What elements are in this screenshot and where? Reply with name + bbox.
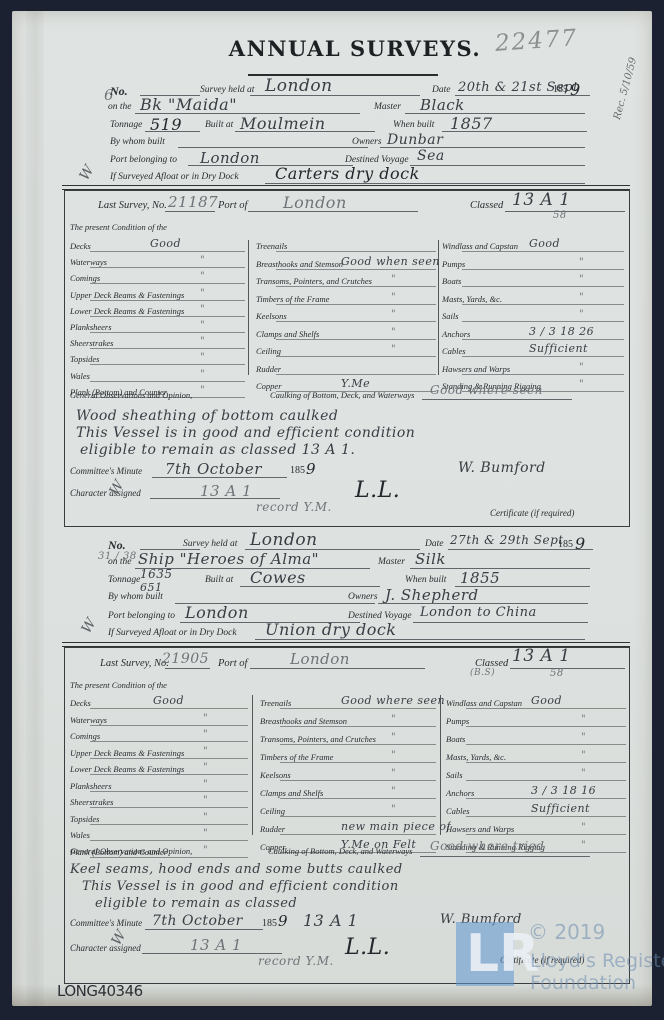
condition-label: Topsides <box>70 354 99 364</box>
condition-value: " <box>391 786 396 797</box>
document-title: ANNUAL SURVEYS. <box>195 36 515 61</box>
condition-label: Breasthooks and Stemson <box>256 259 343 269</box>
built-at-value: Moulmein <box>240 114 326 133</box>
port-belonging-value: London <box>200 149 260 167</box>
rule <box>276 269 436 270</box>
master-value: Black <box>420 96 465 114</box>
afloat-dry-dock-value: Union dry dock <box>265 620 396 639</box>
condition-label: Breasthooks and Stemson <box>260 716 347 726</box>
observation-line-3: eligible to remain as classed <box>95 896 297 911</box>
year-value: 9 <box>575 534 586 553</box>
observation-line-1: Keel seams, hood ends and some butts cau… <box>70 862 403 877</box>
label-last-survey: Last Survey, No. <box>100 658 169 669</box>
label-port-belonging-to: Port belonging to <box>110 155 177 165</box>
label-general-observations: General Observations and Opinion, <box>70 846 192 856</box>
rule <box>90 791 248 792</box>
rule <box>90 332 245 333</box>
rule <box>90 267 245 268</box>
label-no: No. <box>110 84 128 99</box>
condition-label: Decks <box>70 241 91 251</box>
condition-label: Waterways <box>70 715 107 725</box>
rule <box>462 374 624 375</box>
character-assigned-value: 13 A 1 <box>200 482 252 500</box>
rule <box>145 929 263 930</box>
label-date: Date <box>425 539 443 549</box>
rule <box>280 798 436 799</box>
rule <box>90 283 245 284</box>
rule <box>420 856 590 857</box>
condition-value: " <box>391 309 396 320</box>
minute-class-value: 13 A 1 <box>303 911 358 930</box>
rule <box>280 816 436 817</box>
condition-value: Good <box>531 694 562 707</box>
rule <box>466 762 626 763</box>
rule <box>276 374 436 375</box>
condition-value: Good <box>529 237 560 250</box>
rule <box>165 668 210 669</box>
condition-value: " <box>200 369 205 380</box>
condition-value: " <box>200 255 205 266</box>
condition-label: Lower Deck Beams & Fastenings <box>70 764 184 774</box>
rule <box>90 807 248 808</box>
observation-line-3: eligible to remain as classed 13 A 1. <box>80 442 355 458</box>
condition-label: Rudder <box>256 364 281 374</box>
rule <box>90 725 248 726</box>
condition-value: Sufficient <box>531 802 590 815</box>
rule <box>466 780 626 781</box>
rule <box>280 780 436 781</box>
label-master: Master <box>374 102 401 112</box>
label-survey-held-at: Survey held at <box>183 539 237 549</box>
condition-value: " <box>203 762 208 773</box>
condition-value: " <box>581 750 586 761</box>
rule <box>276 251 436 252</box>
lloyds-register-logo: LR <box>456 922 514 986</box>
label-when-built: When built <box>393 120 434 130</box>
rule <box>276 286 436 287</box>
classed-sub-value: 58 <box>553 210 567 221</box>
rule <box>178 147 368 148</box>
label-caulking: Caulking of Bottom, Deck, and Waterways <box>268 846 412 856</box>
condition-value: " <box>579 292 584 303</box>
label-committees-minute: Committee's Minute <box>70 466 142 476</box>
label-on-the: on the <box>108 557 131 567</box>
rule <box>466 798 626 799</box>
rule <box>90 348 245 349</box>
rule <box>280 708 436 709</box>
watermark-org-line1: Lloyd's Register <box>530 950 664 972</box>
port-of-value: London <box>283 193 347 212</box>
condition-label: Anchors <box>446 788 474 798</box>
condition-value: " <box>391 274 396 285</box>
rule <box>90 251 245 252</box>
condition-value: " <box>203 746 208 757</box>
initials-signature: L.L. <box>355 478 400 503</box>
condition-label: Clamps and Shelfs <box>256 329 319 339</box>
rule <box>410 165 585 166</box>
initials-signature: L.L. <box>345 935 390 960</box>
rule <box>462 269 624 270</box>
condition-value: Good where seen <box>341 694 445 707</box>
rule <box>90 824 248 825</box>
condition-label: Masts, Yards, &c. <box>446 752 506 762</box>
rule <box>276 321 436 322</box>
classed-note: (B.S) <box>470 668 495 678</box>
condition-label: Boats <box>442 276 461 286</box>
classed-value: 13 A 1 <box>512 646 571 666</box>
condition-value: " <box>391 732 396 743</box>
condition-value: " <box>581 732 586 743</box>
label-present-condition: The present Condition of the <box>70 222 167 232</box>
watermark-copyright: © 2019 <box>528 920 605 944</box>
rule <box>462 304 624 305</box>
rule <box>90 364 245 365</box>
rule <box>462 356 624 357</box>
condition-value: " <box>200 352 205 363</box>
rule <box>280 834 436 835</box>
rule <box>466 708 626 709</box>
label-by-whom-built: By whom built <box>110 137 165 147</box>
rule <box>422 399 572 400</box>
rule <box>265 183 585 184</box>
rule <box>413 622 588 623</box>
condition-label: Timbers of the Frame <box>256 294 329 304</box>
classed-sub-value: 58 <box>550 668 564 679</box>
minute-year-value: 9 <box>306 460 316 478</box>
tonnage-value: 519 <box>150 115 182 134</box>
watermark-org-line2: Foundation <box>530 972 636 994</box>
committees-minute-value: 7th October <box>152 913 243 929</box>
condition-label: Windlass and Capstan <box>442 241 518 251</box>
rule <box>466 744 626 745</box>
built-at-value: Cowes <box>250 568 306 587</box>
condition-label: Windlass and Capstan <box>446 698 522 708</box>
condition-value: " <box>203 828 208 839</box>
label-port-of: Port of <box>218 200 247 211</box>
owners-value: J. Shepherd <box>385 586 479 604</box>
label-owners: Owners <box>348 592 378 602</box>
condition-label: Waterways <box>70 257 107 267</box>
rule <box>466 816 626 817</box>
rule <box>165 211 215 212</box>
rule <box>276 304 436 305</box>
observation-line-2: This Vessel is in good and efficient con… <box>76 425 415 441</box>
label-year: 185 <box>558 539 573 550</box>
vessel-name: Bk "Maida" <box>140 95 237 114</box>
condition-label: Pumps <box>442 259 465 269</box>
rule <box>90 758 248 759</box>
condition-value: " <box>203 795 208 806</box>
condition-value: Sufficient <box>529 342 588 355</box>
condition-label: Rudder <box>260 824 285 834</box>
condition-value: " <box>200 320 205 331</box>
label-built-at: Built at <box>205 575 233 585</box>
label-committees-minute: Committee's Minute <box>70 918 142 928</box>
condition-label: Upper Deck Beams & Fastenings <box>70 748 184 758</box>
condition-label: Planksheers <box>70 781 112 791</box>
label-afloat-dry-dock: If Surveyed Afloat or in Dry Dock <box>108 628 237 638</box>
label-certificate: Certificate (if required) <box>490 508 574 518</box>
survey-held-at-value: London <box>265 76 333 96</box>
label-year: 185 <box>553 84 568 95</box>
rule <box>462 251 624 252</box>
condition-value: " <box>200 336 205 347</box>
condition-label: Hawsers and Warps <box>442 364 510 374</box>
condition-value: " <box>391 344 396 355</box>
condition-value: " <box>391 292 396 303</box>
recorded-note: record Y.M. <box>258 954 334 968</box>
classed-value: 13 A 1 <box>512 190 571 210</box>
port-of-value: London <box>290 650 350 668</box>
condition-label: Pumps <box>446 716 469 726</box>
condition-value: " <box>203 729 208 740</box>
condition-value: " <box>579 274 584 285</box>
condition-value: " <box>581 822 586 833</box>
when-built-value: 1857 <box>450 114 493 133</box>
condition-label: Topsides <box>70 814 99 824</box>
owners-value: Dunbar <box>387 132 443 148</box>
condition-value: " <box>200 304 205 315</box>
label-character-assigned: Character assigned <box>70 943 141 953</box>
rule <box>90 741 248 742</box>
rule <box>90 381 245 382</box>
condition-label: Cables <box>446 806 470 816</box>
condition-label: Decks <box>70 698 91 708</box>
label-port-belonging-to: Port belonging to <box>108 611 175 621</box>
column-divider <box>248 240 249 375</box>
condition-value: Y.Me <box>341 377 370 390</box>
label-character-assigned: Character assigned <box>70 488 141 498</box>
condition-value: " <box>579 257 584 268</box>
vessel-name: Ship "Heroes of Alma" <box>138 550 319 568</box>
rule <box>255 639 585 640</box>
label-present-condition: The present Condition of the <box>70 680 167 690</box>
year-value: 9 <box>570 80 581 99</box>
rule <box>462 339 624 340</box>
when-built-value: 1855 <box>460 569 500 587</box>
observation-line-2: This Vessel is in good and efficient con… <box>82 879 399 894</box>
condition-value: 3 / 3 18 16 <box>531 784 596 797</box>
condition-value: " <box>391 327 396 338</box>
rule <box>90 857 248 858</box>
destined-voyage-value: London to China <box>420 605 537 620</box>
label-general-observations: General Observations and Opinion, <box>70 390 192 400</box>
condition-label: Ceiling <box>256 346 281 356</box>
caulking-value: Good where tried <box>430 839 544 853</box>
condition-value: " <box>579 362 584 373</box>
tonnage-value: 1635 <box>140 567 173 581</box>
condition-label: Hawsers and Warps <box>446 824 514 834</box>
label-survey-held-at: Survey held at <box>200 85 254 95</box>
condition-label: Sheerstrakes <box>70 797 113 807</box>
condition-value: " <box>200 288 205 299</box>
rule <box>510 668 625 669</box>
condition-label: Sheerstrakes <box>70 338 113 348</box>
rule <box>276 356 436 357</box>
afloat-dry-dock-value: Carters dry dock <box>275 164 420 183</box>
observation-line-1: Wood sheathing of bottom caulked <box>76 408 338 424</box>
condition-value: new main piece of Iron Back <box>341 820 451 833</box>
condition-value: " <box>579 379 584 390</box>
condition-label: Anchors <box>442 329 470 339</box>
condition-value: Good <box>150 237 181 250</box>
condition-label: Lower Deck Beams & Fastenings <box>70 306 184 316</box>
condition-label: Boats <box>446 734 465 744</box>
archive-id: LONG40346 <box>57 982 143 1000</box>
last-survey-value: 21187 <box>168 193 218 211</box>
condition-label: Planksheers <box>70 322 112 332</box>
label-master: Master <box>378 557 405 567</box>
label-last-survey: Last Survey, No. <box>98 200 167 211</box>
condition-label: Treenails <box>260 698 291 708</box>
condition-label: Wales <box>70 830 90 840</box>
label-classed: Classed <box>470 200 503 211</box>
condition-value: " <box>391 768 396 779</box>
column-divider <box>440 695 441 835</box>
condition-label: Clamps and Shelfs <box>260 788 323 798</box>
label-tonnage: Tonnage <box>110 120 142 130</box>
condition-value: 3 / 3 18 26 <box>529 325 594 338</box>
date-value: 27th & 29th Sept <box>450 533 564 547</box>
condition-value: " <box>391 714 396 725</box>
surveyor-signature: W. Bumford <box>458 460 546 476</box>
label-minute-year: 185 <box>290 465 305 476</box>
condition-label: Upper Deck Beams & Fastenings <box>70 290 184 300</box>
condition-label: Wales <box>70 371 90 381</box>
condition-label: Keelsons <box>260 770 291 780</box>
rule <box>280 726 436 727</box>
minute-year-value: 9 <box>278 912 288 930</box>
condition-value: " <box>200 385 205 396</box>
condition-label: Timbers of the Frame <box>260 752 333 762</box>
condition-label: Comings <box>70 731 100 741</box>
rule <box>250 668 425 669</box>
condition-value: " <box>200 271 205 282</box>
condition-label: Ceiling <box>260 806 285 816</box>
condition-value: " <box>203 845 208 856</box>
label-when-built: When built <box>405 575 446 585</box>
survey-held-at-value: London <box>250 530 318 550</box>
rule <box>90 840 248 841</box>
condition-value: " <box>581 768 586 779</box>
rule <box>466 834 626 835</box>
condition-value: " <box>391 804 396 815</box>
rule <box>466 726 626 727</box>
condition-value: " <box>203 779 208 790</box>
rule <box>90 316 245 317</box>
rule <box>280 762 436 763</box>
condition-value: " <box>581 714 586 725</box>
rule <box>276 339 436 340</box>
character-assigned-value: 13 A 1 <box>190 936 242 954</box>
rule <box>462 321 624 322</box>
label-by-whom-built: By whom built <box>108 592 163 602</box>
rule <box>462 286 624 287</box>
condition-value: " <box>581 840 586 851</box>
label-built-at: Built at <box>205 120 233 130</box>
condition-value: " <box>579 309 584 320</box>
column-divider <box>252 695 253 835</box>
label-owners: Owners <box>352 137 382 147</box>
rule <box>280 744 436 745</box>
condition-value: " <box>203 812 208 823</box>
condition-label: Keelsons <box>256 311 287 321</box>
condition-value: " <box>203 713 208 724</box>
condition-label: Sails <box>446 770 463 780</box>
condition-value: Good <box>153 694 184 707</box>
label-afloat-dry-dock: If Surveyed Afloat or in Dry Dock <box>110 172 239 182</box>
label-caulking: Caulking of Bottom, Deck, and Waterways <box>270 390 414 400</box>
rule <box>90 708 248 709</box>
condition-label: Comings <box>70 273 100 283</box>
label-date: Date <box>432 85 450 95</box>
condition-label: Cables <box>442 346 466 356</box>
rule <box>90 300 245 301</box>
rule <box>90 774 248 775</box>
condition-label: Sails <box>442 311 459 321</box>
condition-label: Transoms, Pointers, and Crutches <box>256 276 372 286</box>
port-belonging-value: London <box>185 603 249 622</box>
recorded-note: record Y.M. <box>256 500 332 514</box>
condition-value: Good when seen <box>341 255 440 268</box>
last-survey-value: 21905 <box>162 651 209 667</box>
label-on-the: on the <box>108 102 131 112</box>
condition-label: Masts, Yards, &c. <box>442 294 502 304</box>
master-value: Silk <box>415 550 446 568</box>
committees-minute-value: 7th October <box>165 460 262 478</box>
label-tonnage: Tonnage <box>108 575 140 585</box>
condition-value: " <box>391 750 396 761</box>
label-port-of: Port of <box>218 658 247 669</box>
label-minute-year: 185 <box>262 918 277 929</box>
caulking-value: Good where seen <box>430 383 543 397</box>
destined-voyage-value: Sea <box>417 148 445 164</box>
label-no: No. <box>108 538 126 553</box>
condition-label: Transoms, Pointers, and Crutches <box>260 734 376 744</box>
condition-label: Treenails <box>256 241 287 251</box>
